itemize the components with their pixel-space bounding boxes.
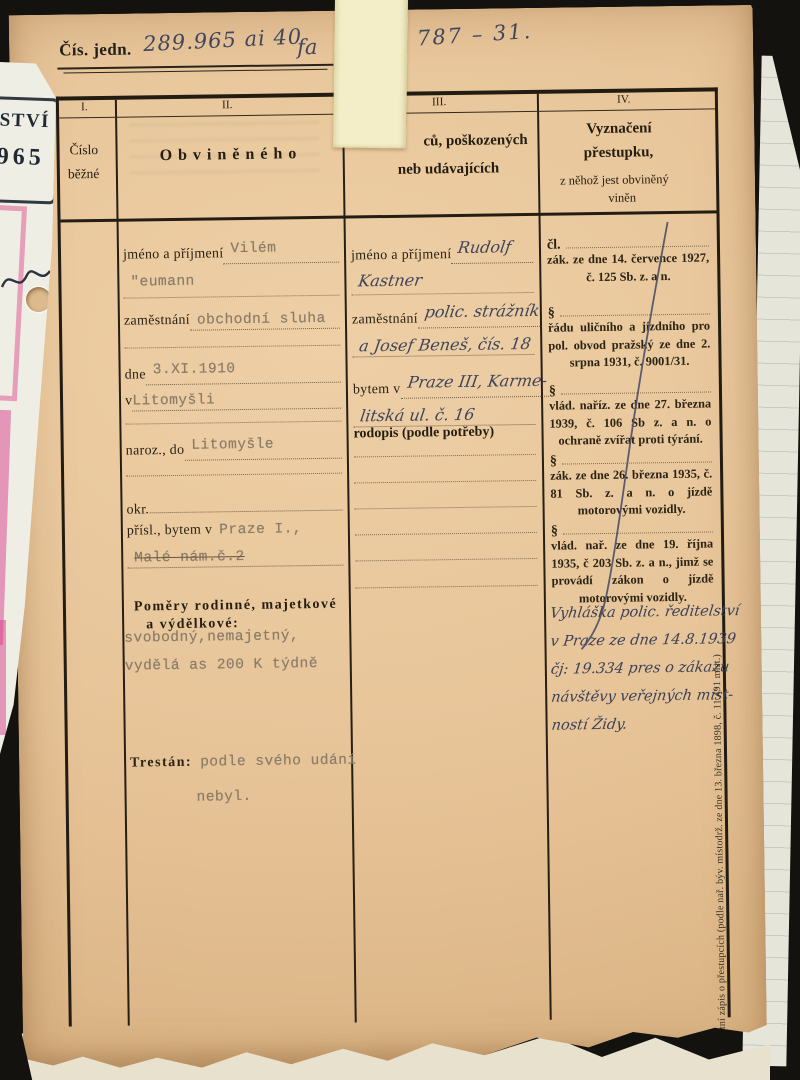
col3-header: neb udávajících — [398, 160, 499, 178]
col2-numeral: II. — [222, 99, 233, 111]
law5-text: vlád. nař. ze dne 19. října 1935, č 203 … — [551, 535, 714, 608]
tape-strip — [333, 0, 408, 149]
accused-surname-row: "eumann — [123, 272, 339, 292]
col1-header: Číslo — [69, 142, 98, 158]
accused-born-row: naroz., do Litomyšle — [126, 441, 342, 462]
dotted-line — [124, 343, 340, 349]
header-divider — [61, 210, 717, 222]
witness-occupation-row: zaměstnání polic. strážník — [352, 306, 534, 330]
handwritten-note-line: čj: 19.334 pres o zákazu — [550, 659, 724, 677]
stamp-number: 965 — [0, 143, 45, 172]
ref-extra-right: 787 – 31. — [416, 19, 533, 51]
district-row: okr. — [126, 495, 342, 519]
ref-number-label: Čís. jedn. — [59, 40, 132, 61]
field-label: jméno a příjmení — [351, 247, 452, 264]
witness-residence2: litská ul. č. 16 — [359, 405, 476, 426]
dotted-line — [355, 556, 537, 562]
residence-row: přísl., bytem v Praze I., — [127, 521, 343, 541]
witness-first-name: Rudolf — [457, 237, 513, 257]
witness-name-row: jméno a příjmení Rudolf — [351, 242, 533, 266]
handwritten-note-line: v Praze ze dne 14.8.1939 — [549, 631, 723, 649]
genealogy-label: rodopis (podle potřeby) — [353, 425, 494, 443]
stamp-text: LSTVÍ — [0, 109, 50, 133]
witness-occupation2: a Josef Beneš, čís. 18 — [358, 334, 532, 355]
accused-born-place: Litomyšle — [191, 437, 274, 454]
ref-extra-left: fa — [297, 35, 318, 59]
witness-residence-row: bytem v Praze III, Karme- — [353, 376, 535, 400]
col4-header: přestupku, — [584, 144, 654, 162]
law1-text: zák. ze dne 14. července 1927, č. 125 Sb… — [547, 249, 709, 286]
col4-header: Vyznačení — [586, 120, 652, 138]
witness-surname: Kastner — [357, 270, 423, 290]
dotted-line — [355, 530, 537, 536]
col2-header: Obviněného — [160, 145, 303, 165]
accused-birth-date: 3.XI.1910 — [153, 361, 236, 378]
handwritten-note-line: Vyhláška polic. ředitelství — [549, 603, 723, 621]
accused-occupation: obchodní sluha — [197, 311, 326, 329]
col1-numeral: I. — [81, 101, 88, 113]
accused-first-name: Vilém — [230, 241, 276, 258]
punished-value2: nebyl. — [196, 789, 251, 806]
field-label: dne — [125, 367, 146, 383]
office-stamp: LSTVÍ 965 — [0, 96, 60, 205]
field-label: naroz., do — [126, 443, 185, 460]
crayon-mark — [0, 410, 11, 645]
accused-name-row: jméno a příjmení Vilém — [123, 245, 339, 266]
col3-header: ců, poškozených — [423, 132, 527, 150]
crayon-mark — [0, 620, 6, 735]
family-label: Poměry rodinné, majetkové — [134, 597, 337, 616]
handwritten-note-line: ností Židy. — [551, 715, 725, 733]
col3-numeral: III. — [432, 96, 447, 108]
dotted-line — [356, 583, 538, 589]
dotted-line — [355, 504, 537, 510]
accused-occupation-row: zaměstnání obchodní sluha — [124, 311, 340, 332]
dotted-line — [125, 419, 341, 425]
record-table: I. II. III. IV. Číslo běžné Obviněného c… — [56, 87, 731, 1026]
accused-birthdate-row: dne 3.XI.1910 — [125, 365, 341, 386]
law4-text: zák. ze dne 26. března 1935, č. 81 Sb. z… — [550, 465, 713, 520]
handwritten-note-line: návštěvy veřejných míst- — [550, 687, 724, 705]
field-label: Trestán: — [130, 755, 192, 772]
accused-residence-street: Malé nám.č.2 — [134, 549, 245, 567]
accused-surname: "eumann — [130, 274, 195, 291]
ref-underline — [63, 69, 327, 74]
witness-occupation: polic. strážník — [423, 301, 540, 322]
family-status: svobodný,nemajetný, — [124, 628, 299, 646]
punished-value: podle svého udání — [200, 752, 357, 770]
col4-header: z něhož jest obviněný — [560, 172, 669, 189]
punished-row: Trestán: podle svého udání — [130, 753, 346, 772]
field-label: jméno a příjmení — [123, 246, 224, 263]
col1-header: běžné — [68, 166, 100, 182]
witness-residence-row2: litská ul. č. 16 — [353, 404, 535, 428]
field-label: zaměstnání — [124, 313, 190, 330]
field-label: přísl., bytem v — [127, 522, 213, 539]
field-label: zaměstnání — [352, 312, 418, 329]
dotted-line — [354, 452, 536, 458]
dotted-line — [124, 293, 340, 299]
field-label: bytem v — [353, 382, 401, 399]
law2-text: řádu uličního a jízdního pro pol. obvod … — [548, 317, 711, 372]
law3-text: vlád. naříz. ze dne 27. března 1939, č. … — [549, 395, 712, 450]
form-page: Čís. jedn. 289.965 ai 40 fa 787 – 31. I.… — [9, 5, 768, 1071]
witness-occupation-row2: a Josef Beneš, čís. 18 — [352, 334, 534, 358]
scanned-document: Čís. jedn. 289.965 ai 40 fa 787 – 31. I.… — [0, 0, 800, 1080]
accused-birthplace-row: v Litomyšli — [125, 391, 341, 412]
ref-number-value: 289.965 ai 40 — [143, 24, 303, 56]
col4-header: viněn — [608, 191, 636, 206]
dotted-line — [126, 471, 342, 477]
column-divider — [537, 94, 552, 1020]
col4-numeral: IV. — [617, 94, 631, 106]
accused-residence: Praze I., — [219, 521, 302, 538]
witness-surname-row: Kastner — [351, 269, 533, 292]
accused-birth-place: Litomyšli — [132, 392, 215, 409]
residence-row2: Malé nám.č.2 — [127, 548, 343, 569]
field-label: okr. — [126, 502, 149, 518]
witness-residence: Praze III, Karme- — [406, 371, 548, 392]
family-earnings: vydělá as 200 K týdně — [125, 656, 318, 675]
dotted-line — [354, 478, 536, 484]
